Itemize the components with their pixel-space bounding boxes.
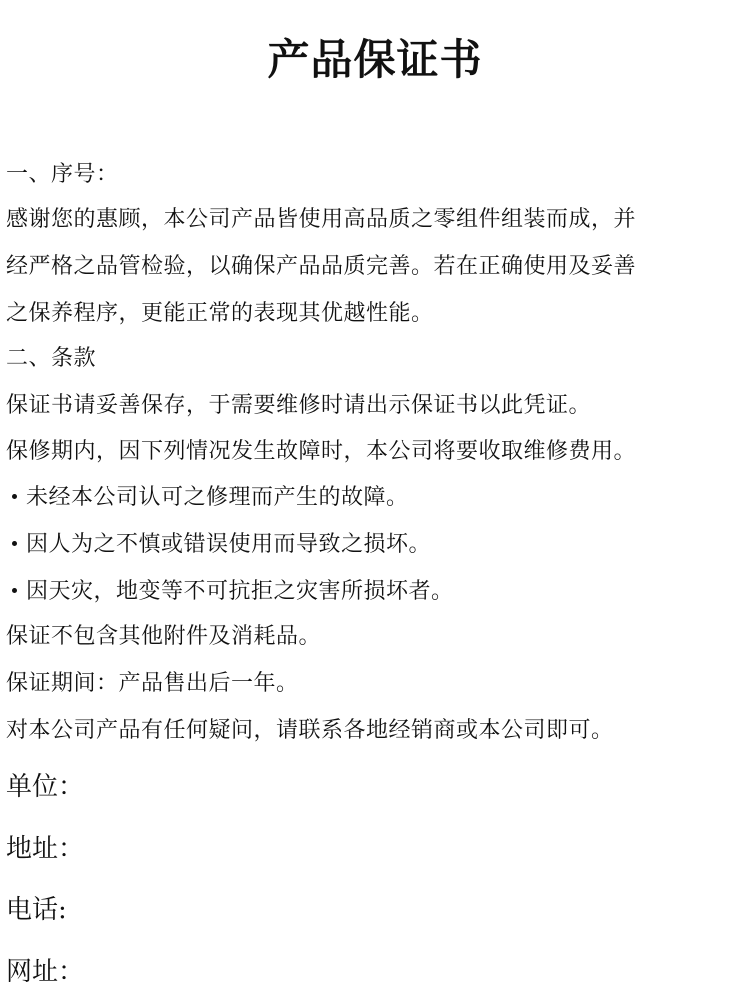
field-label-website: 网址： <box>6 955 84 989</box>
terms-line-keep-certificate: 保证书请妥善保存，于需要维修时请出示保证书以此凭证。 <box>6 391 591 421</box>
bullet-item: 因天灾，地变等不可抗拒之灾害所损坏者。 <box>8 577 454 607</box>
bullet-text: 未经本公司认可之修理而产生的故障。 <box>26 485 409 510</box>
bullet-item: 因人为之不慎或错误使用而导致之损坏。 <box>8 530 431 560</box>
field-label-address: 地址： <box>6 832 84 866</box>
field-label-company: 单位： <box>6 770 84 804</box>
intro-paragraph-line-3: 之保养程序，更能正常的表现其优越性能。 <box>6 299 434 329</box>
intro-paragraph-line-2: 经严格之品管检验，以确保产品品质完善。若在正确使用及妥善 <box>6 252 636 282</box>
terms-line-contact: 对本公司产品有任何疑问，请联系各地经销商或本公司即可。 <box>6 716 614 746</box>
bullet-dot-icon <box>12 494 17 499</box>
section-heading-serial: 一、序号： <box>6 160 119 190</box>
intro-paragraph-line-1: 感谢您的惠顾，本公司产品皆使用高品质之零组件组装而成，并 <box>6 205 636 235</box>
terms-line-warranty-period: 保证期间：产品售出后一年。 <box>6 669 299 699</box>
section-heading-terms: 二、条款 <box>6 344 96 374</box>
terms-line-exclusions: 保证不包含其他附件及消耗品。 <box>6 622 321 652</box>
bullet-item: 未经本公司认可之修理而产生的故障。 <box>8 483 409 513</box>
bullet-dot-icon <box>12 541 17 546</box>
field-label-phone: 电话: <box>6 893 67 927</box>
bullet-text: 因人为之不慎或错误使用而导致之损坏。 <box>26 532 431 557</box>
terms-line-repair-fee: 保修期内，因下列情况发生故障时，本公司将要收取维修费用。 <box>6 437 636 467</box>
bullet-text: 因天灾，地变等不可抗拒之灾害所损坏者。 <box>26 579 454 604</box>
document-title: 产品保证书 <box>0 32 750 88</box>
bullet-dot-icon <box>12 588 17 593</box>
